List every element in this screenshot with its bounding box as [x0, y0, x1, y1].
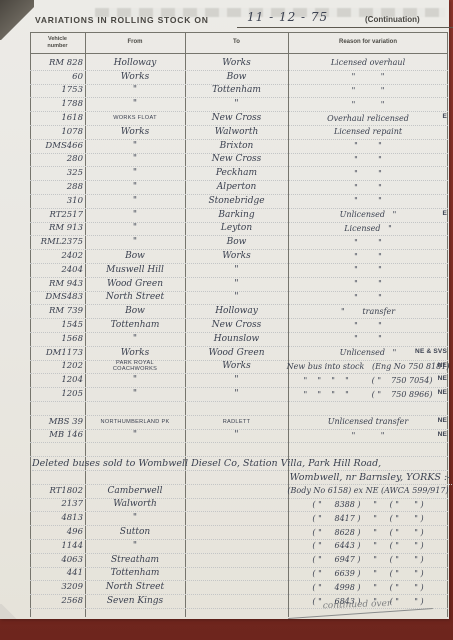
reason-cell: ( " 6443 ) " ( " " ) [288, 539, 448, 553]
from-cell: Seven Kings [85, 594, 185, 608]
reason-cell: " " [288, 277, 448, 291]
to-cell: Works [185, 56, 288, 70]
vehicle-number: 288 [30, 180, 86, 194]
vehicle-number: RM 943 [30, 277, 86, 291]
margin-tag: NE [438, 389, 447, 396]
from-cell: " [85, 387, 185, 401]
sold-to-note-line: Wombwell, nr Barnsley, YORKS :- [32, 470, 453, 485]
to-cell: Wood Green [185, 346, 288, 360]
date-rule [237, 27, 453, 28]
margin-tag: E [442, 210, 447, 217]
reason-cell: " " [288, 235, 448, 249]
vehicle-number: 1568 [30, 332, 86, 346]
from-cell: " [85, 373, 185, 387]
to-cell: Walworth [185, 125, 288, 139]
header-from: From [85, 32, 185, 53]
to-cell: Works [185, 360, 288, 374]
reason-cell: " " [288, 180, 448, 194]
to-cell: Tottenham [185, 84, 288, 98]
from-cell: Works [85, 70, 185, 84]
from-cell: Holloway [85, 56, 185, 70]
vehicle-number: RM 739 [30, 304, 86, 318]
reason-cell: " " [288, 84, 448, 98]
to-cell: " [185, 429, 288, 443]
blank-row [30, 442, 448, 457]
table-row: RT2517"BarkingUnlicensed "E [30, 208, 448, 223]
vehicle-number: MBS 39 [30, 415, 86, 429]
from-cell: North Street [85, 291, 185, 305]
table-row: 1078WorksWalworthLicensed repaint [30, 125, 448, 140]
to-cell: Holloway [185, 304, 288, 318]
reason-cell: " transfer [288, 304, 448, 318]
table-row: DMS483North Street"" " [30, 291, 448, 306]
vehicle-number: RML2375 [30, 235, 86, 249]
blank-row [30, 401, 448, 416]
table-header-row: Vehicle number From To Reason for variat… [30, 32, 448, 53]
to-cell: " [185, 373, 288, 387]
header-to: To [185, 32, 288, 53]
to-cell [185, 580, 288, 594]
to-cell: Brixton [185, 139, 288, 153]
table-row: 3209North Street( " 4998 ) " ( " " ) [30, 580, 448, 595]
from-cell: Muswell Hill [85, 263, 185, 277]
page-header: VARIATIONS IN ROLLING STOCK ON 11 - 12 -… [35, 12, 445, 28]
reason-cell: ( " 4998 ) " ( " " ) [288, 580, 448, 594]
reason-cell: " " [288, 332, 448, 346]
to-cell: Barking [185, 208, 288, 222]
reason-cell: ( " 8628 ) " ( " " ) [288, 525, 448, 539]
from-cell: " [85, 84, 185, 98]
from-cell: WORKS FLOAT [85, 111, 185, 125]
table-row: 4813"( " 8417 ) " ( " " ) [30, 511, 448, 526]
table-row: 1618WORKS FLOATNew CrossOverhaul relicen… [30, 111, 448, 126]
from-cell: " [85, 208, 185, 222]
to-cell [185, 525, 288, 539]
table-row: RM 828HollowayWorksLicensed overhaul [30, 56, 448, 71]
table-row: RML2375"Bow" " [30, 235, 448, 250]
reason-cell: " " [288, 429, 448, 443]
margin-tag: E [442, 113, 447, 120]
reason-cell: " " [288, 70, 448, 84]
vehicle-number: DMS483 [30, 291, 86, 305]
to-cell: Hounslow [185, 332, 288, 346]
to-cell [185, 539, 288, 553]
vehicle-number: RM 828 [30, 56, 86, 70]
table-row: DM1173WorksWood GreenUnlicensed "NE & SV… [30, 346, 448, 361]
to-cell: " [185, 277, 288, 291]
from-cell: " [85, 511, 185, 525]
table-row: 325"Peckham" " [30, 166, 448, 181]
from-cell: Walworth [85, 498, 185, 512]
reason-cell: " " [288, 139, 448, 153]
from-cell: " [85, 139, 185, 153]
from-cell: Tottenham [85, 567, 185, 581]
table-row: 60WorksBow" " [30, 70, 448, 85]
table-row: 496Sutton( " 8628 ) " ( " " ) [30, 525, 448, 540]
to-cell: " [185, 291, 288, 305]
vehicle-number: 4813 [30, 511, 86, 525]
table-row: RM 739BowHolloway" transfer [30, 304, 448, 319]
reason-cell: (Body No 6158) ex NE (AWCA 599/917) [288, 484, 448, 498]
sold-to-note-line: Deleted buses sold to Wombwell Diesel Co… [32, 456, 448, 471]
to-cell: Peckham [185, 166, 288, 180]
to-cell [185, 553, 288, 567]
table-row: 2404Muswell Hill"" " [30, 263, 448, 278]
scanned-ledger-page: { "page": { "title": "VARIATIONS IN ROLL… [0, 0, 453, 640]
vehicle-number: 1788 [30, 97, 86, 111]
to-cell: RADLETT [185, 415, 288, 429]
to-cell: Stonebridge [185, 194, 288, 208]
margin-tag: NE [438, 431, 447, 438]
table-rows: RM 828HollowayWorksLicensed overhaul60Wo… [30, 56, 448, 614]
to-cell: Works [185, 249, 288, 263]
reason-cell: " " [288, 153, 448, 167]
vehicle-number: 1202 [30, 360, 86, 374]
ledger-paper: VARIATIONS IN ROLLING STOCK ON 11 - 12 -… [0, 0, 449, 619]
reason-cell: " " [288, 166, 448, 180]
from-cell: " [85, 222, 185, 236]
table-row: 1144"( " 6443 ) " ( " " ) [30, 539, 448, 554]
from-cell: Tottenham [85, 318, 185, 332]
to-cell [185, 511, 288, 525]
margin-tag: NE [438, 375, 447, 382]
table-row: 4063Streatham( " 6947 ) " ( " " ) [30, 553, 448, 568]
header-border-bottom [30, 53, 448, 54]
table-row: 280"New Cross" " [30, 153, 448, 168]
from-cell: " [85, 235, 185, 249]
from-cell: North Street [85, 580, 185, 594]
from-cell: Bow [85, 249, 185, 263]
vehicle-number: 4063 [30, 553, 86, 567]
top-left-corner-shadow [0, 0, 34, 40]
from-cell: Streatham [85, 553, 185, 567]
vehicle-number: 3209 [30, 580, 86, 594]
reason-cell: " " [288, 291, 448, 305]
vehicle-number: DMS466 [30, 139, 86, 153]
vehicle-number: RT2517 [30, 208, 86, 222]
from-cell: Wood Green [85, 277, 185, 291]
continuation-label: (Continuation) [365, 15, 420, 24]
vehicle-number: 325 [30, 166, 86, 180]
margin-tag: NE [438, 417, 447, 424]
to-cell: " [185, 387, 288, 401]
to-cell: Bow [185, 70, 288, 84]
to-cell [185, 567, 288, 581]
to-cell: Alperton [185, 180, 288, 194]
reason-cell: Licensed repaint [288, 125, 448, 139]
reason-cell: ( " 6947 ) " ( " " ) [288, 553, 448, 567]
from-cell: PARK ROYAL COACHWORKS [85, 360, 185, 374]
from-cell: Works [85, 346, 185, 360]
vehicle-number: 1204 [30, 373, 86, 387]
vehicle-number: RT1802 [30, 484, 86, 498]
reason-cell: Licensed " [288, 222, 448, 236]
reason-cell: " " " " ( " 750 8966) [288, 387, 448, 401]
to-cell: " [185, 263, 288, 277]
from-cell: Bow [85, 304, 185, 318]
reason-cell: " " [288, 263, 448, 277]
vehicle-number: RM 913 [30, 222, 86, 236]
to-cell: Leyton [185, 222, 288, 236]
vehicle-number: DM1173 [30, 346, 86, 360]
to-cell: New Cross [185, 318, 288, 332]
table-row: 1568"Hounslow" " [30, 332, 448, 347]
from-cell: " [85, 429, 185, 443]
from-cell: " [85, 97, 185, 111]
reason-cell: " " [288, 97, 448, 111]
vehicle-number: 310 [30, 194, 86, 208]
table-row: 1204""" " " " ( " 750 7054)NE [30, 373, 448, 388]
vehicle-number: 280 [30, 153, 86, 167]
table-row: RM 913"LeytonLicensed " [30, 222, 448, 237]
from-cell: Works [85, 125, 185, 139]
from-cell: " [85, 332, 185, 346]
to-cell [185, 498, 288, 512]
reason-cell: Licensed overhaul [288, 56, 448, 70]
to-cell: " [185, 97, 288, 111]
to-cell [185, 484, 288, 498]
from-cell: " [85, 539, 185, 553]
reason-cell: ( " 8388 ) " ( " " ) [288, 498, 448, 512]
bottom-left-paper-edge [0, 604, 26, 619]
vehicle-number: 1545 [30, 318, 86, 332]
table-row: 1202PARK ROYAL COACHWORKSWorksNew bus in… [30, 360, 448, 375]
vehicle-number: 2137 [30, 498, 86, 512]
header-vehicle-number: Vehicle number [30, 32, 85, 53]
table-row: 1205""" " " " ( " 750 8966)NE [30, 387, 448, 402]
reason-cell: " " [288, 194, 448, 208]
table-row: 2137Walworth( " 8388 ) " ( " " ) [30, 498, 448, 513]
table-row: 1753"Tottenham" " [30, 84, 448, 99]
table-row: 310"Stonebridge" " [30, 194, 448, 209]
margin-tag: NE [438, 362, 447, 369]
reason-cell: ( " 8417 ) " ( " " ) [288, 511, 448, 525]
table-row: 441Tottenham( " 6639 ) " ( " " ) [30, 567, 448, 582]
from-cell: " [85, 166, 185, 180]
vehicle-number: 1753 [30, 84, 86, 98]
reason-cell: New bus into stock (Eng No 750 8181) [288, 360, 448, 374]
vehicle-number: 2568 [30, 594, 86, 608]
reason-cell: " " [288, 318, 448, 332]
table-row: MB 146""" "NE [30, 429, 448, 444]
reason-cell: Unlicensed transfer [288, 415, 448, 429]
to-cell: Bow [185, 235, 288, 249]
table-row: 288"Alperton" " [30, 180, 448, 195]
vehicle-number: 496 [30, 525, 86, 539]
vehicle-number: 1144 [30, 539, 86, 553]
page-title: VARIATIONS IN ROLLING STOCK ON [35, 15, 209, 25]
to-cell: New Cross [185, 153, 288, 167]
reason-cell: " " [288, 249, 448, 263]
vehicle-number: 1618 [30, 111, 86, 125]
from-cell: Sutton [85, 525, 185, 539]
table-row: DMS466"Brixton" " [30, 139, 448, 154]
vehicle-number: MB 146 [30, 429, 86, 443]
vehicle-number: 441 [30, 567, 86, 581]
reason-cell: Unlicensed " [288, 208, 448, 222]
from-cell: NORTHUMBERLAND PK [85, 415, 185, 429]
table-row: 2402BowWorks" " [30, 249, 448, 264]
to-cell [185, 594, 288, 608]
margin-tag: NE & SVS [415, 348, 447, 355]
to-cell: New Cross [185, 111, 288, 125]
table-row: RM 943Wood Green"" " [30, 277, 448, 292]
from-cell: Camberwell [85, 484, 185, 498]
table-row: 1788""" " [30, 97, 448, 112]
reason-cell: ( " 6639 ) " ( " " ) [288, 567, 448, 581]
vehicle-number: 1078 [30, 125, 86, 139]
vehicle-number: 2404 [30, 263, 86, 277]
vehicle-number: 1205 [30, 387, 86, 401]
reason-cell: " " " " ( " 750 7054) [288, 373, 448, 387]
from-cell: " [85, 153, 185, 167]
from-cell: " [85, 180, 185, 194]
table-row: MBS 39NORTHUMBERLAND PKRADLETTUnlicensed… [30, 415, 448, 430]
table-row: RT1802Camberwell(Body No 6158) ex NE (AW… [30, 484, 448, 499]
rolling-stock-table: Vehicle number From To Reason for variat… [30, 32, 448, 617]
from-cell: " [85, 194, 185, 208]
table-row: 1545TottenhamNew Cross" " [30, 318, 448, 333]
vehicle-number: 60 [30, 70, 86, 84]
header-reason: Reason for variation [288, 32, 448, 53]
handwritten-date: 11 - 12 - 75 [247, 10, 328, 24]
vehicle-number: 2402 [30, 249, 86, 263]
reason-cell: Overhaul relicensed [288, 111, 448, 125]
